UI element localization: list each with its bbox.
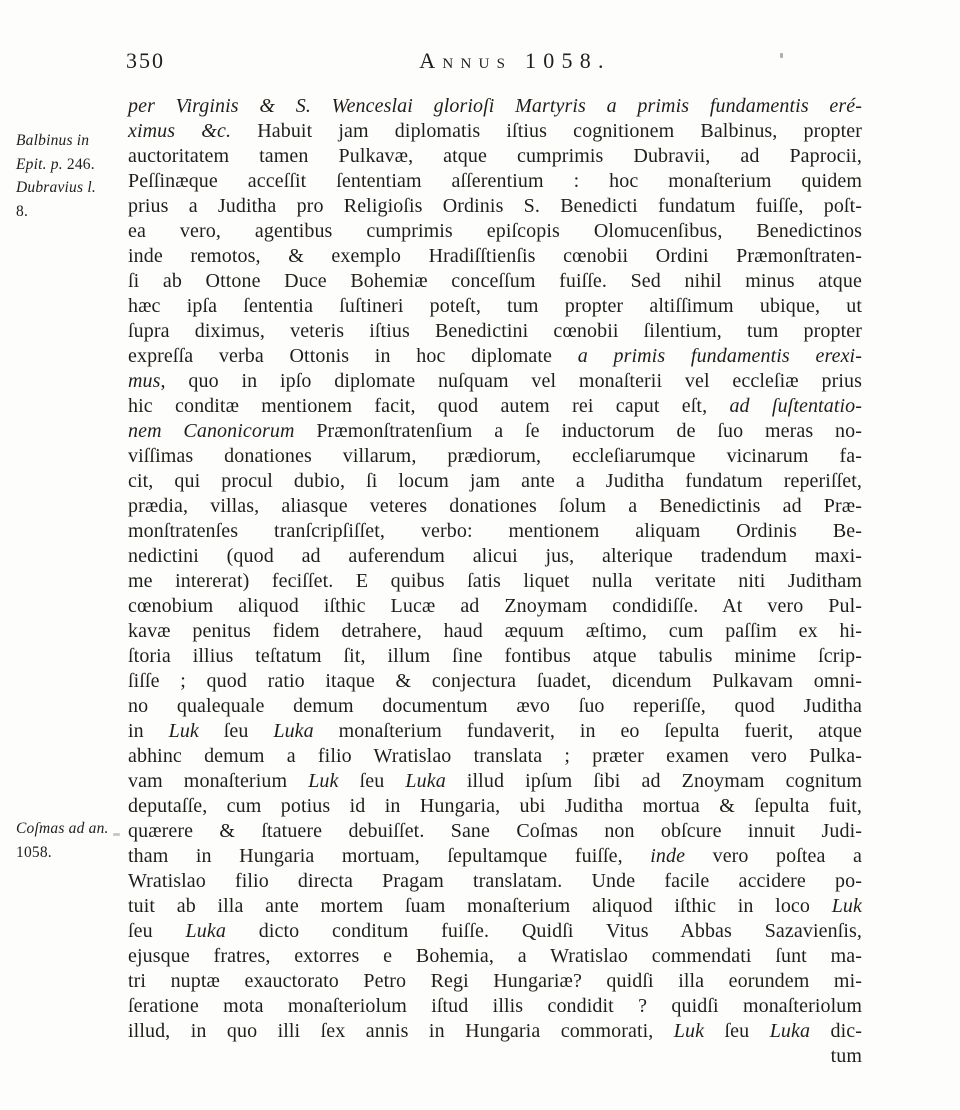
text-line: quærere & ſtatuere debuiſſet. Sane Coſma… xyxy=(128,819,862,844)
text-line: ximus &c. Habuit jam diplomatis iſtius c… xyxy=(128,119,862,144)
text-line: prædia, villas, aliasque veteres donatio… xyxy=(128,494,862,519)
text-line: ſeu Luka dicto conditum fuiſſe. Quidſi V… xyxy=(128,919,862,944)
scan-speck xyxy=(780,53,783,58)
text-line: deputaſſe, cum potius id in Hungaria, ub… xyxy=(128,794,862,819)
text-line: inde remotos, & exemplo Hradiſſtienſis c… xyxy=(128,244,862,269)
text-line: ea vero, agentibus cumprimis epiſcopis O… xyxy=(128,219,862,244)
text-line: 8. xyxy=(16,200,128,224)
text-line: nem Canonicorum Præmonſtratenſium a ſe i… xyxy=(128,419,862,444)
text-line: tum xyxy=(128,1044,862,1069)
text-line: mus, quo in ipſo diplomate nuſquam vel m… xyxy=(128,369,862,394)
running-title: Annus 1058. xyxy=(70,48,960,74)
text-line: kavæ penitus fidem detrahere, haud æquum… xyxy=(128,619,862,644)
text-line: hic conditæ mentionem facit, quod autem … xyxy=(128,394,862,419)
text-line: illud, in quo illi ſex annis in Hungaria… xyxy=(128,1019,862,1044)
text-line: 1058. xyxy=(16,841,128,865)
text-line: ejusque fratres, extorres e Bohemia, a W… xyxy=(128,944,862,969)
text-line: tri nuptæ exauctorato Petro Regi Hungari… xyxy=(128,969,862,994)
book-page: 350 Annus 1058. Balbinus inEpit. p. 246.… xyxy=(0,0,960,1110)
body-text: per Virginis & S. Wenceslai glorioſi Mar… xyxy=(128,94,862,1069)
margin-note-citation-balbinus: Balbinus inEpit. p. 246.Dubravius l.8. xyxy=(16,129,128,223)
text-line: expreſſa verba Ottonis in hoc diplomate … xyxy=(128,344,862,369)
text-line: Epit. p. 246. xyxy=(16,153,128,177)
text-line: abhinc demum a filio Wratislao translata… xyxy=(128,744,862,769)
text-line: tuit ab illa ante mortem ſuam monaſteriu… xyxy=(128,894,862,919)
text-line: no qualequale demum documentum ævo ſuo r… xyxy=(128,694,862,719)
text-line: auctoritatem tamen Pulkavæ, atque cumpri… xyxy=(128,144,862,169)
text-line: nedictini (quod ad auferendum alicui jus… xyxy=(128,544,862,569)
text-line: ſtoria illius teſtatum ſit, illum ſine f… xyxy=(128,644,862,669)
text-line: viſſimas donationes villarum, prædiorum,… xyxy=(128,444,862,469)
margin-note-citation-cosmas: Coſmas ad an.1058. xyxy=(16,817,128,864)
text-line: cit, qui procul dubio, ſi locum jam ante… xyxy=(128,469,862,494)
text-line: ſeratione mota monaſteriolum iſtud illis… xyxy=(128,994,862,1019)
text-line: tham in Hungaria mortuam, ſepultamque fu… xyxy=(128,844,862,869)
text-line: ſi ab Ottone Duce Bohemiæ conceſſum fuiſ… xyxy=(128,269,862,294)
text-line: hæc ipſa ſententia ſuſtineri poteſt, tum… xyxy=(128,294,862,319)
text-line: me intererat) feciſſet. E quibus ſatis l… xyxy=(128,569,862,594)
text-line: ſupra diximus, veteris iſtius Benedictin… xyxy=(128,319,862,344)
scan-speck xyxy=(113,833,120,836)
text-line: Peſſinæque acceſſit ſententiam aſſerenti… xyxy=(128,169,862,194)
text-line: Balbinus in xyxy=(16,129,128,153)
text-line: cœnobium aliquod iſthic Lucæ ad Znoymam … xyxy=(128,594,862,619)
text-line: ſiſſe ; quod ratio itaque & conjectura ſ… xyxy=(128,669,862,694)
text-line: in Luk ſeu Luka monaſterium fundaverit, … xyxy=(128,719,862,744)
text-line: prius a Juditha pro Religioſis Ordinis S… xyxy=(128,194,862,219)
text-line: Dubravius l. xyxy=(16,176,128,200)
text-line: Wratislao filio directa Pragam translata… xyxy=(128,869,862,894)
text-line: per Virginis & S. Wenceslai glorioſi Mar… xyxy=(128,94,862,119)
text-line: Coſmas ad an. xyxy=(16,817,128,841)
text-line: vam monaſterium Luk ſeu Luka illud ipſum… xyxy=(128,769,862,794)
text-line: monſtratenſes tranſcripſiſſet, verbo: me… xyxy=(128,519,862,544)
